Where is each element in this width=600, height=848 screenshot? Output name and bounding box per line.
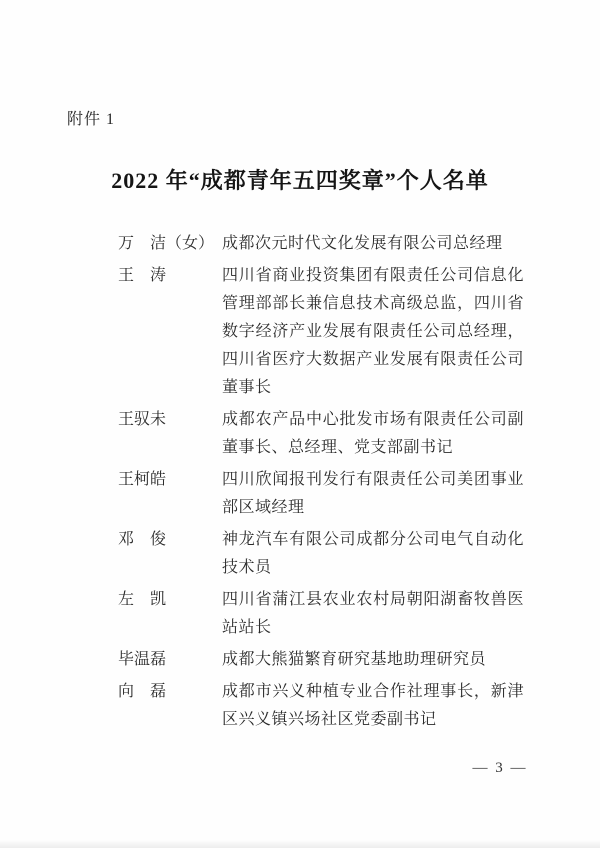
page-title: 2022 年“成都青年五四奖章”个人名单: [0, 166, 600, 196]
entry-description: 神龙汽车有限公司成都分公司电气自动化技术员: [222, 526, 524, 582]
entry-name: 万 洁（女）: [118, 230, 222, 258]
roster-list: 万 洁（女） 成都次元时代文化发展有限公司总经理 王 涛 四川省商业投资集团有限…: [118, 230, 538, 734]
entry-description: 成都市兴义种植专业合作社理事长，新津区兴义镇兴场社区党委副书记: [222, 678, 524, 734]
roster-entry: 王 涛 四川省商业投资集团有限责任公司信息化管理部部长兼信息技术高级总监，四川省…: [118, 262, 538, 402]
page-number: — 3 —: [455, 760, 545, 777]
entry-name: 王 涛: [118, 262, 222, 290]
entry-name: 向 磊: [118, 678, 222, 706]
document-page: 附件 1 2022 年“成都青年五四奖章”个人名单 万 洁（女） 成都次元时代文…: [0, 0, 600, 848]
entry-name: 王柯皓: [118, 466, 222, 494]
roster-entry: 王柯皓 四川欣闻报刊发行有限责任公司美团事业部区域经理: [118, 466, 538, 522]
roster-entry: 向 磊 成都市兴义种植专业合作社理事长，新津区兴义镇兴场社区党委副书记: [118, 678, 538, 734]
entry-name: 左 凯: [118, 586, 222, 614]
entry-name: 邓 俊: [118, 526, 222, 554]
entry-description: 成都大熊猫繁育研究基地助理研究员: [222, 646, 524, 674]
roster-entry: 万 洁（女） 成都次元时代文化发展有限公司总经理: [118, 230, 538, 258]
entry-name: 王驭未: [118, 406, 222, 434]
entry-name: 毕温磊: [118, 646, 222, 674]
entry-description: 成都农产品中心批发市场有限责任公司副董事长、总经理、党支部副书记: [222, 406, 524, 462]
roster-entry: 左 凯 四川省蒲江县农业农村局朝阳湖畜牧兽医站站长: [118, 586, 538, 642]
roster-entry: 邓 俊 神龙汽车有限公司成都分公司电气自动化技术员: [118, 526, 538, 582]
roster-entry: 毕温磊 成都大熊猫繁育研究基地助理研究员: [118, 646, 538, 674]
entry-description: 四川欣闻报刊发行有限责任公司美团事业部区域经理: [222, 466, 524, 522]
entry-description: 四川省蒲江县农业农村局朝阳湖畜牧兽医站站长: [222, 586, 524, 642]
roster-entry: 王驭未 成都农产品中心批发市场有限责任公司副董事长、总经理、党支部副书记: [118, 406, 538, 462]
entry-description: 成都次元时代文化发展有限公司总经理: [222, 230, 524, 258]
entry-description: 四川省商业投资集团有限责任公司信息化管理部部长兼信息技术高级总监，四川省数字经济…: [222, 262, 524, 402]
attachment-label: 附件 1: [67, 110, 600, 130]
